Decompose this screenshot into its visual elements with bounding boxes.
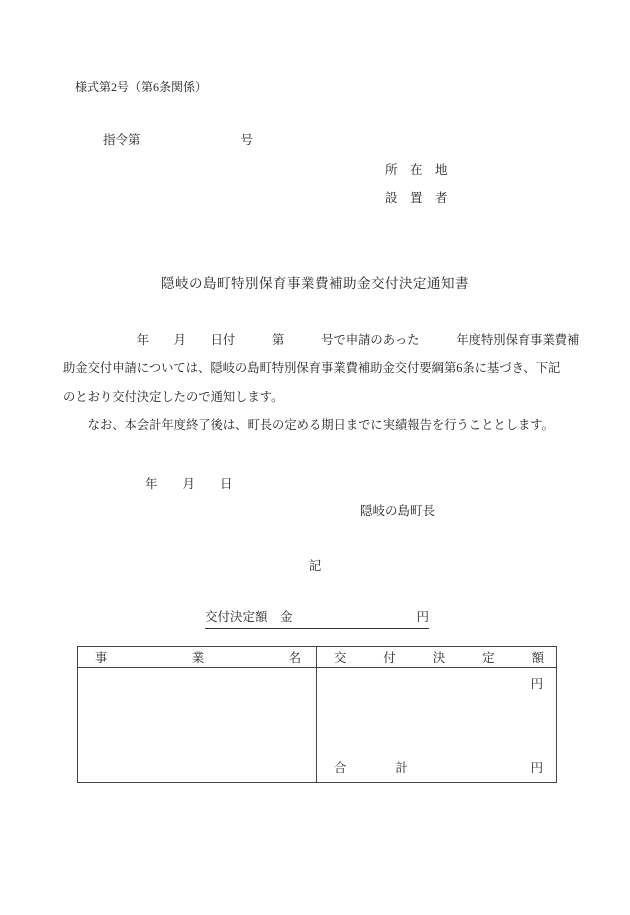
grant-amount-unit: 円 xyxy=(416,609,429,625)
issue-date-line: 年 月 日 xyxy=(145,476,233,492)
header-char: 業 xyxy=(192,648,204,666)
directive-number-line: 指令第 号 xyxy=(103,132,253,148)
total-unit: 円 xyxy=(531,758,543,776)
body-paragraph: 年 月 日付 第 号で申請のあった 年度特別保育事業費補 助金交付申請については… xyxy=(63,326,568,440)
header-char: 決 xyxy=(433,648,445,666)
total-row: 合 計 円 xyxy=(334,758,543,776)
body-line-1: 年 月 日付 第 号で申請のあった 年度特別保育事業費補 xyxy=(63,326,568,354)
recipient-address-label: 所 在 地 xyxy=(385,162,448,178)
grant-amount-line: 交付決定額 金 円 xyxy=(205,609,429,629)
grant-amount-header: 交 付 決 定 額 xyxy=(316,647,556,668)
document-title: 隠岐の島町特別保育事業費補助金交付決定通知書 xyxy=(0,275,630,293)
header-char: 定 xyxy=(482,648,494,666)
header-char: 事 xyxy=(95,648,107,666)
body-line-3: のとおり交付決定したので通知します。 xyxy=(63,383,568,411)
recipient-founder-label: 設 置 者 xyxy=(385,190,448,206)
header-char: 交 xyxy=(334,648,346,666)
header-char: 額 xyxy=(532,648,544,666)
amount-unit: 円 xyxy=(334,674,543,692)
business-name-cell xyxy=(78,668,316,782)
grant-decision-table: 事 業 名 交 付 決 定 額 円 合 計 円 xyxy=(77,646,557,783)
business-name-header: 事 業 名 xyxy=(78,647,316,668)
header-char: 付 xyxy=(383,648,395,666)
grant-amount-label: 交付決定額 金 xyxy=(205,609,293,625)
ki-marker: 記 xyxy=(0,558,630,574)
grant-amount-cell: 円 合 計 円 xyxy=(316,668,556,782)
header-char: 名 xyxy=(289,648,301,666)
total-label: 合 計 xyxy=(334,758,408,776)
form-number: 様式第2号（第6条関係） xyxy=(75,80,207,95)
mayor-signature: 隠岐の島町長 xyxy=(360,503,435,519)
body-line-4: なお、本会計年度終了後は、町長の定める期日までに実績報告を行うこととします。 xyxy=(63,411,568,439)
notice-document-page: 様式第2号（第6条関係） 指令第 号 所 在 地 設 置 者 隠岐の島町特別保育… xyxy=(0,0,630,915)
body-line-2: 助金交付申請については、隠岐の島町特別保育事業費補助金交付要綱第6条に基づき、下… xyxy=(63,354,568,382)
